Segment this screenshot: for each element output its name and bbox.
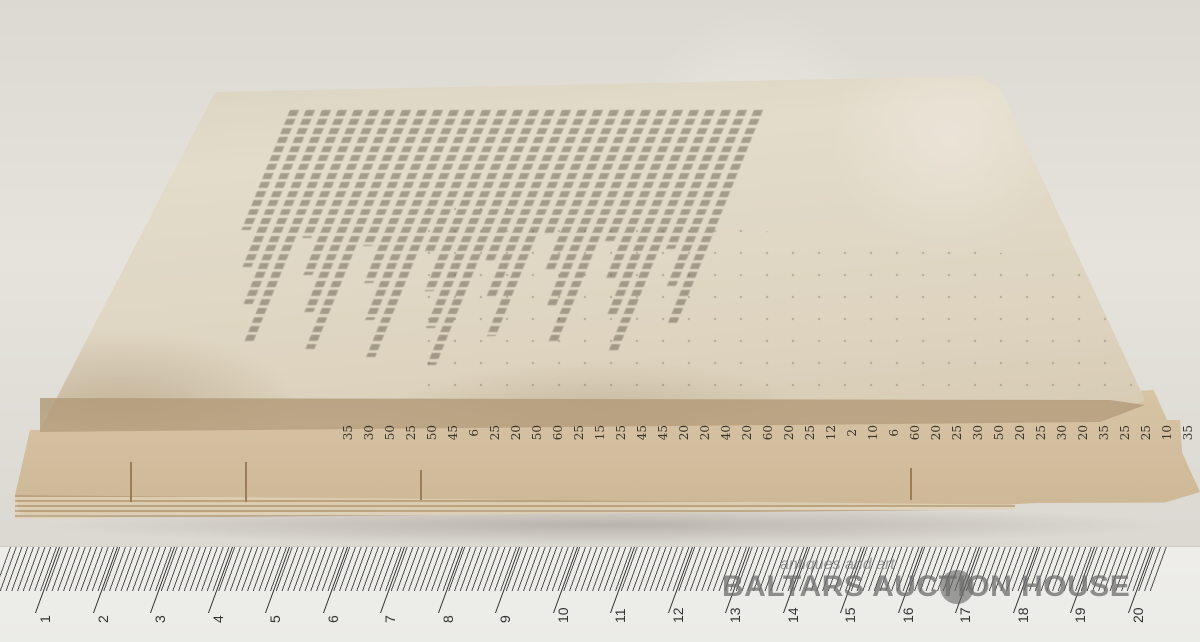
price-number: 20 xyxy=(928,425,945,440)
price-number: 30 xyxy=(1054,425,1071,440)
price-number: 60 xyxy=(907,425,924,440)
price-number: 2 xyxy=(844,429,861,437)
price-number: 45 xyxy=(655,425,672,440)
price-number: 50 xyxy=(424,425,441,440)
ruler-label: 16 xyxy=(900,607,916,623)
spine-crack xyxy=(420,470,422,500)
ruler-label: 18 xyxy=(1015,607,1031,623)
ruler-label: 10 xyxy=(555,607,571,623)
price-number: 20 xyxy=(697,425,714,440)
price-number: 35 xyxy=(340,425,357,440)
price-number: 25 xyxy=(1138,425,1155,440)
price-number: 45 xyxy=(634,425,651,440)
price-number: 20 xyxy=(508,425,525,440)
price-number: 25 xyxy=(571,425,588,440)
price-number: 20 xyxy=(676,425,693,440)
price-number: 30 xyxy=(970,425,987,440)
ruler-label: 4 xyxy=(210,615,226,623)
ruler-label: 17 xyxy=(957,607,973,623)
ruler-label: 1 xyxy=(37,615,53,623)
price-number: 25 xyxy=(1033,425,1050,440)
spine-crack xyxy=(130,462,132,502)
price-number: 25 xyxy=(949,425,966,440)
price-number: 45 xyxy=(445,425,462,440)
price-number: 50 xyxy=(991,425,1008,440)
price-number: 25 xyxy=(802,425,819,440)
spine-crack xyxy=(245,462,247,502)
price-number: 20 xyxy=(739,425,756,440)
ruler-label: 7 xyxy=(382,615,398,623)
price-number: 60 xyxy=(760,425,777,440)
price-number: 20 xyxy=(1075,425,1092,440)
price-number: 12 xyxy=(823,425,840,440)
ruler-label: 12 xyxy=(670,607,686,623)
price-number: 20 xyxy=(781,425,798,440)
ruler-label: 13 xyxy=(727,607,743,623)
price-number: 25 xyxy=(1117,425,1134,440)
ruler-label: 9 xyxy=(497,615,513,623)
printed-prices-row: 3530502550456252050602515254545202040206… xyxy=(340,418,1200,448)
price-number: 25 xyxy=(613,425,630,440)
spine-crack xyxy=(910,468,912,500)
ruler-label: 20 xyxy=(1130,607,1146,623)
price-number: 35 xyxy=(1096,425,1113,440)
ruler-label: 14 xyxy=(785,607,801,623)
price-number: 50 xyxy=(382,425,399,440)
price-number: 25 xyxy=(487,425,504,440)
ruler-label: 2 xyxy=(95,615,111,623)
price-number: 10 xyxy=(1159,425,1176,440)
ruler-label: 19 xyxy=(1072,607,1088,623)
price-number: 10 xyxy=(865,425,882,440)
ruler-label: 8 xyxy=(440,615,456,623)
price-number: 50 xyxy=(529,425,546,440)
price-number: 35 xyxy=(1180,425,1197,440)
price-number: 40 xyxy=(718,425,735,440)
watermark-name: BALTARS AUCTION HOUSE xyxy=(722,570,1130,604)
ruler-label: 3 xyxy=(152,615,168,623)
price-number: 60 xyxy=(550,425,567,440)
ruler-label: 15 xyxy=(842,607,858,623)
price-number: 20 xyxy=(1012,425,1029,440)
price-number: 6 xyxy=(886,429,903,437)
price-number: 15 xyxy=(592,425,609,440)
price-number: 25 xyxy=(403,425,420,440)
price-number: 30 xyxy=(361,425,378,440)
ruler-label: 6 xyxy=(325,615,341,623)
ruler-label: 11 xyxy=(612,608,628,623)
ruler-label: 5 xyxy=(267,615,283,623)
price-number: 6 xyxy=(466,429,483,437)
